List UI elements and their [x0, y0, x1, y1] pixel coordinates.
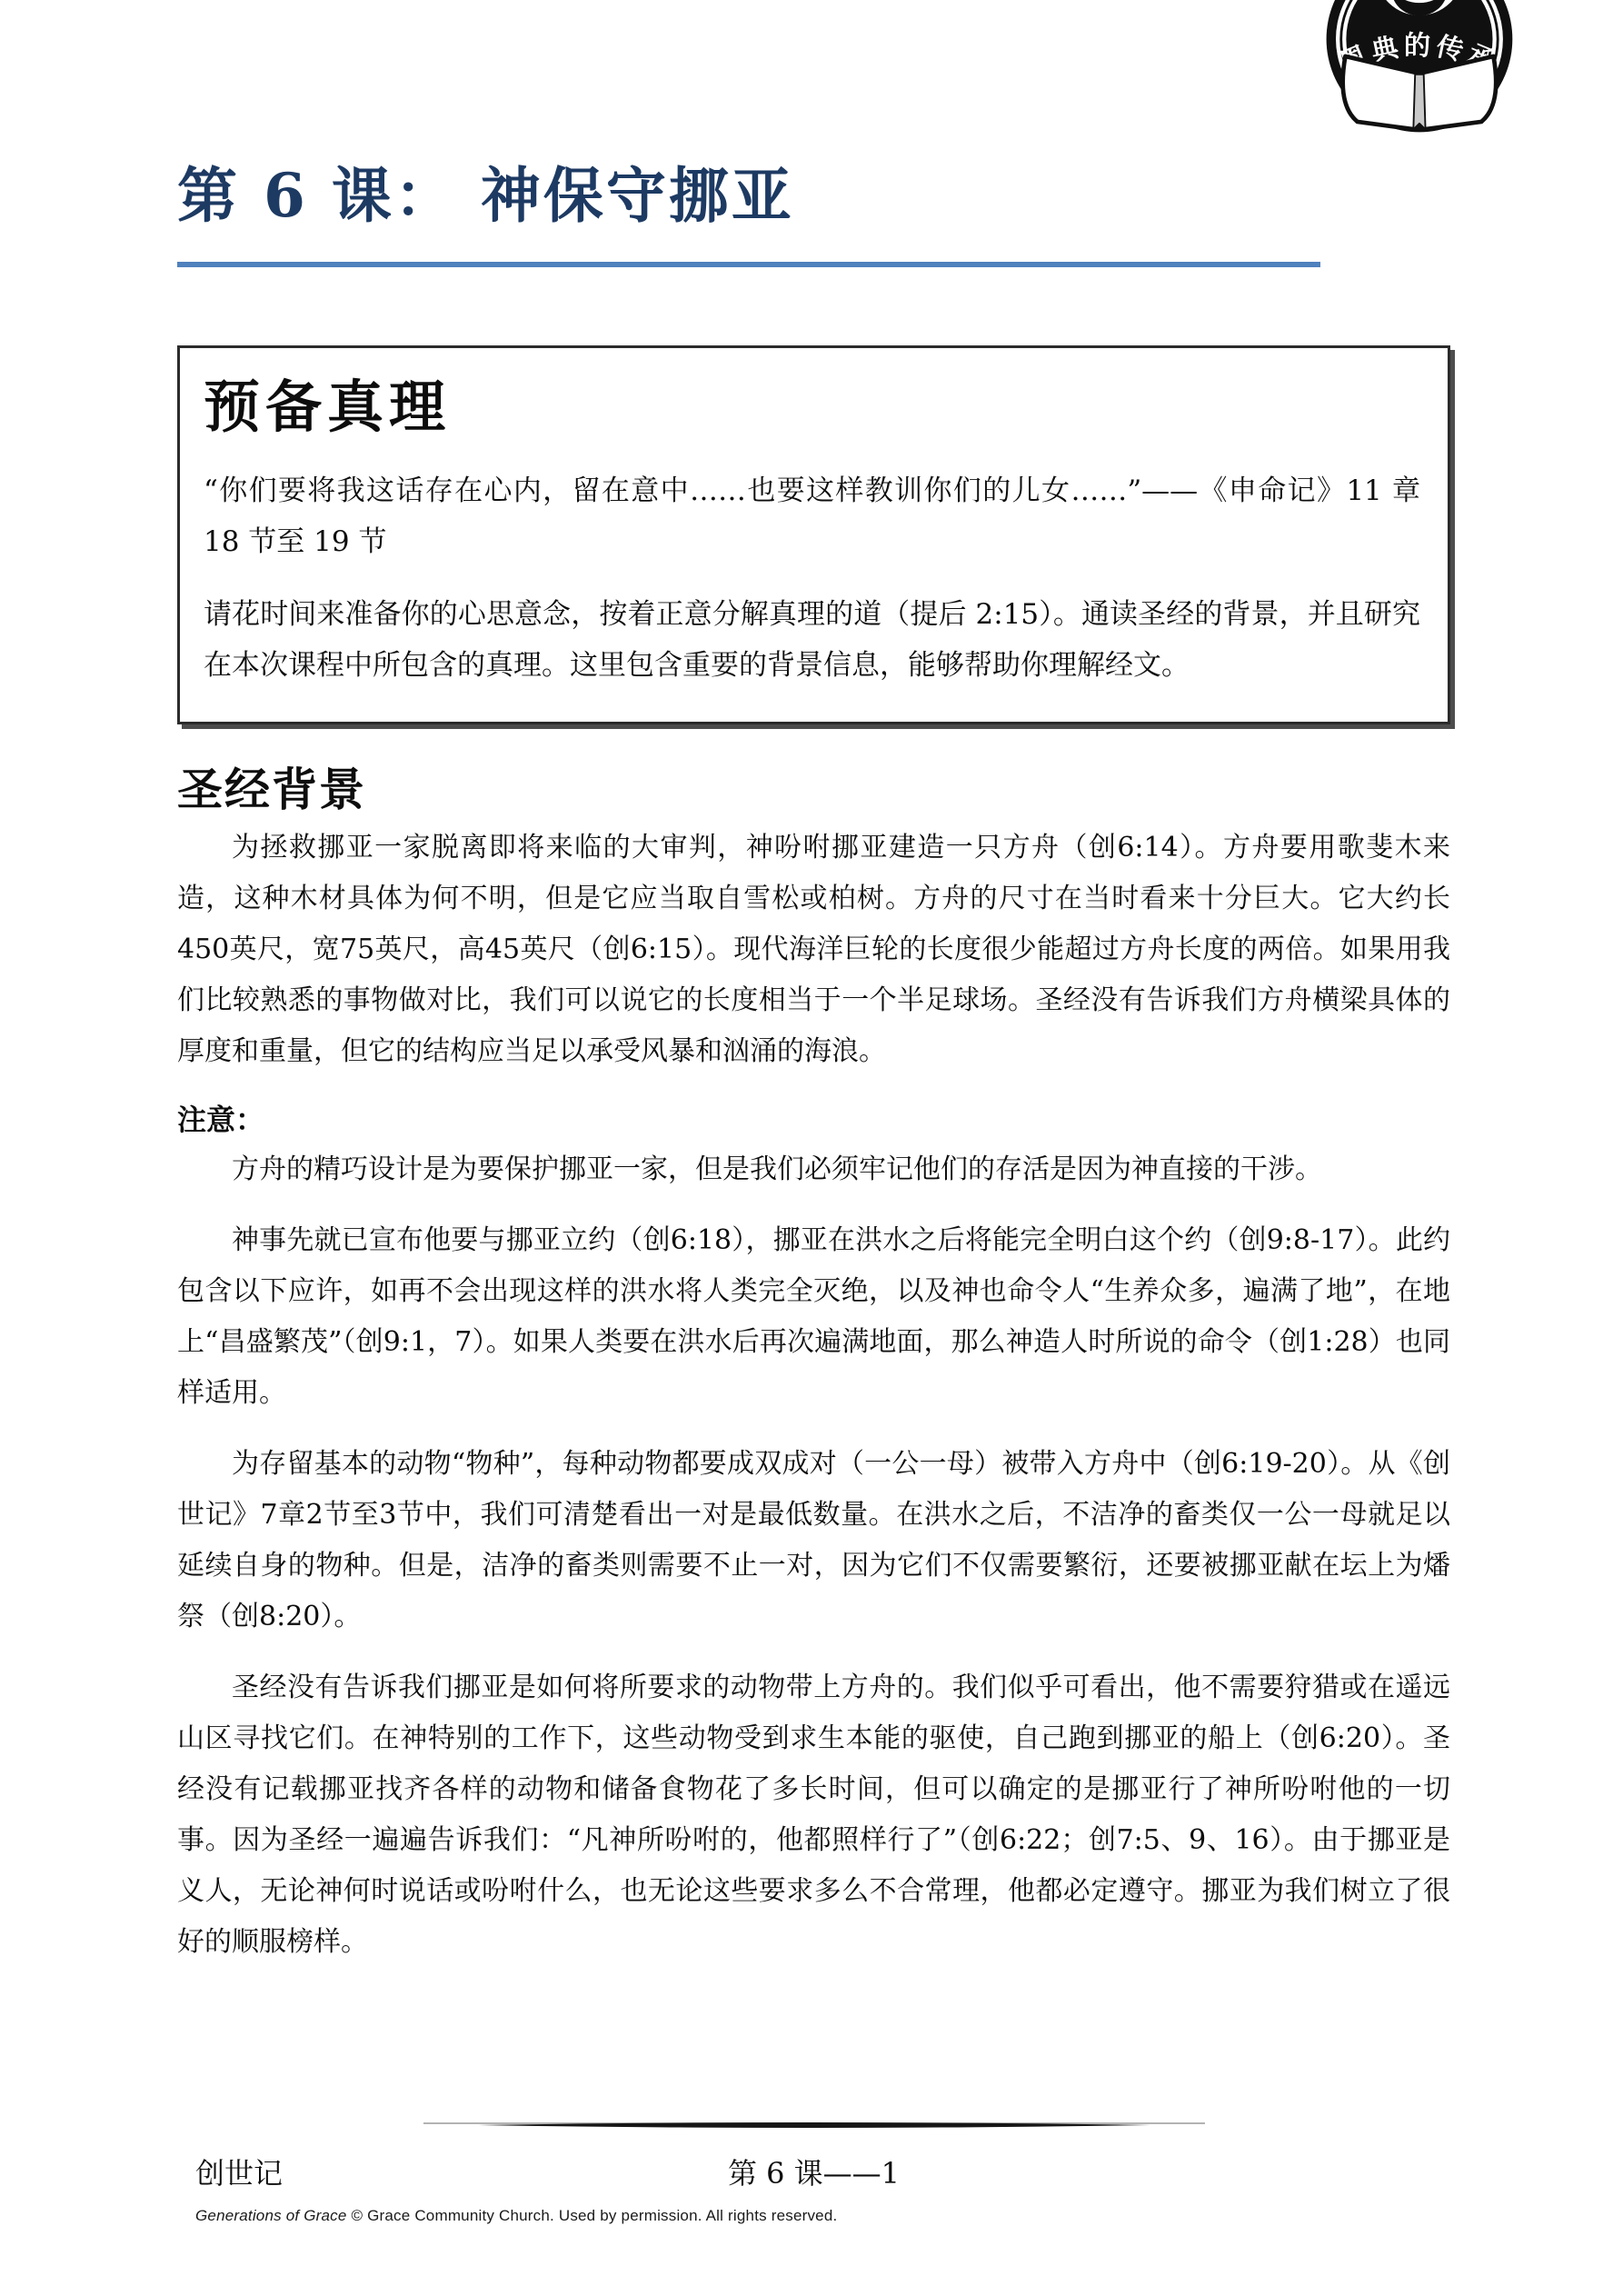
document-page: 第 6 课： 神保守挪亚 恩典的传承: [0, 0, 1623, 2296]
footer-text-row: 创世记 第 6 课——1: [177, 2151, 1450, 2191]
note-paragraph-2: 神事先就已宣布他要与挪亚立约（创6:18），挪亚在洪水之后将能完全明白这个约（创…: [177, 1215, 1450, 1419]
page-footer: 创世记 第 6 课——1 Generations of Grace © Grac…: [177, 2120, 1450, 2225]
background-paragraph: 为拯救挪亚一家脱离即将来临的大审判，神吩咐挪亚建造一只方舟（创6:14）。方舟要…: [177, 823, 1450, 1077]
note-paragraph-4: 圣经没有告诉我们挪亚是如何将所要求的动物带上方舟的。我们似乎可看出，他不需要狩猎…: [177, 1662, 1450, 1968]
prepare-truth-box: 预备真理 “你们要将我这话存在心内，留在意中……也要这样教训你们的儿女……”——…: [177, 345, 1450, 725]
copyright-text: © Grace Community Church. Used by permis…: [347, 2207, 838, 2224]
prepare-instructions: 请花时间来准备你的心思意念，按着正意分解真理的道（提后 2:15）。通读圣经的背…: [204, 589, 1420, 691]
footer-divider: [177, 2120, 1450, 2131]
title-underline: [177, 262, 1320, 267]
bible-background-heading: 圣经背景: [177, 763, 1450, 817]
generations-of-grace-logo: 恩典的传承: [1319, 0, 1518, 142]
footer-divider-line: [405, 2120, 1223, 2131]
copyright-line: Generations of Grace © Grace Community C…: [177, 2207, 1450, 2225]
page-title: 第 6 课： 神保守挪亚: [177, 162, 1450, 231]
page-header: 第 6 课： 神保守挪亚 恩典的传承: [177, 0, 1450, 267]
prepare-truth-heading: 预备真理: [204, 372, 1420, 443]
copyright-series-name: Generations of Grace: [195, 2207, 347, 2224]
note-heading: 注意：: [177, 1097, 1450, 1139]
bible-background-section: 圣经背景 为拯救挪亚一家脱离即将来临的大审判，神吩咐挪亚建造一只方舟（创6:14…: [177, 763, 1450, 1968]
note-paragraph-3: 为存留基本的动物“物种”，每种动物都要成双成对（一公一母）被带入方舟中（创6:1…: [177, 1439, 1450, 1642]
note-paragraph-1: 方舟的精巧设计是为要保护挪亚一家，但是我们必须牢记他们的存活是因为神直接的干涉。: [177, 1144, 1450, 1195]
logo-graphic: 恩典的传承: [1319, 0, 1518, 142]
memory-verse-quote: “你们要将我这话存在心内，留在意中……也要这样教训你们的儿女……”——《申命记》…: [204, 465, 1420, 567]
footer-page-number: 第 6 课——1: [177, 2151, 1450, 2192]
